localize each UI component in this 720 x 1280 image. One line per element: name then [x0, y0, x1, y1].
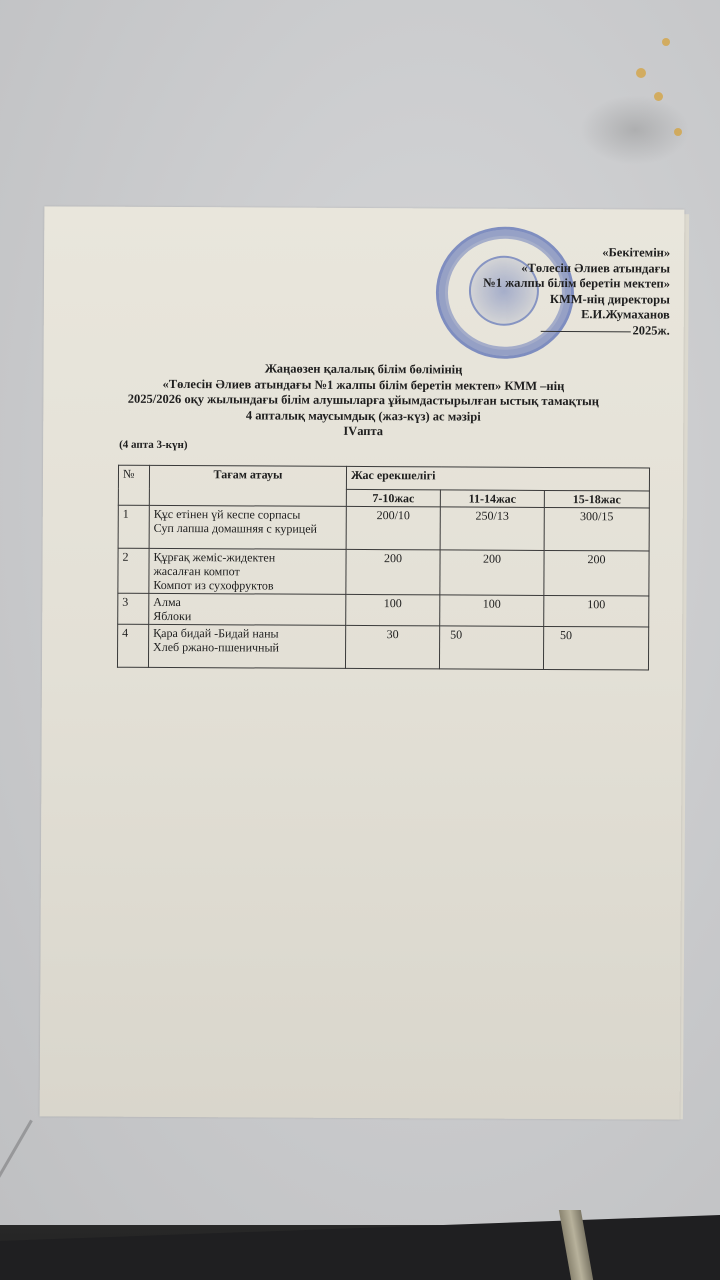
row-no: 4 — [117, 624, 148, 667]
day-note: (4 апта 3-күн) — [119, 439, 187, 451]
approval-line: «Төлесін Әлиев атындағы — [483, 260, 670, 276]
portion-11-14: 100 — [440, 595, 544, 627]
approval-line: №1 жалпы білім беретін мектеп» — [483, 276, 670, 292]
portion-15-18: 100 — [544, 595, 649, 627]
portion-11-14: 200 — [440, 550, 544, 596]
dish-name-kk: Алма — [153, 595, 341, 610]
approval-block: «Бекітемін» «Төлесін Әлиев атындағы №1 ж… — [483, 245, 670, 339]
portion-7-10: 100 — [346, 594, 440, 625]
portion-15-18: 50 — [543, 626, 648, 670]
portion-15-18: 200 — [544, 550, 649, 596]
header-age-11-14: 11-14жас — [440, 490, 544, 508]
menu-document: «Бекітемін» «Төлесін Әлиев атындағы №1 ж… — [40, 206, 685, 1119]
table-row: 1 Құс етінен үй кеспе сорпасы Суп лапша … — [118, 505, 649, 551]
table-row: 3 Алма Яблоки 100 100 100 — [118, 593, 649, 627]
signature-line — [541, 330, 631, 331]
row-dish-name: Қара бидай -Бидай наны Хлеб ржано-пшенич… — [148, 624, 345, 668]
row-dish-name: Алма Яблоки — [149, 593, 346, 625]
surface-stain — [662, 38, 670, 46]
row-no: 2 — [118, 548, 149, 593]
portion-7-10: 200/10 — [346, 506, 440, 549]
dish-name-ru: Компот из сухофруктов — [153, 578, 341, 593]
row-dish-name: Құс етінен үй кеспе сорпасы Суп лапша до… — [149, 505, 346, 549]
table-row: 2 Құрғақ жеміс-жидектен жасалған компот … — [118, 548, 649, 596]
approval-line: «Бекітемін» — [483, 245, 670, 261]
dish-name-kk: Құс етінен үй кеспе сорпасы — [154, 507, 342, 522]
portion-7-10: 200 — [346, 549, 440, 594]
approval-line: Е.И.Жумаханов — [483, 307, 670, 323]
surface-stain — [674, 128, 682, 136]
header-no: № — [118, 465, 149, 505]
header-name: Тағам атауы — [149, 465, 346, 506]
surface-stain — [636, 68, 646, 78]
dish-name-ru: Яблоки — [153, 609, 341, 624]
row-no: 3 — [118, 593, 149, 624]
dish-name-ru: Хлеб ржано-пшеничный — [153, 640, 341, 655]
header-age-group: Жас ерекшелігі — [346, 466, 649, 491]
portion-15-18: 300/15 — [544, 507, 649, 551]
portion-11-14: 50 — [440, 626, 544, 670]
row-no: 1 — [118, 505, 149, 548]
header-age-7-10: 7-10жас — [346, 489, 440, 506]
table-header-row: № Тағам атауы Жас ерекшелігі — [118, 465, 649, 491]
approval-date-suffix: 2025ж. — [633, 323, 670, 337]
portion-7-10: 30 — [345, 625, 439, 668]
portion-11-14: 250/13 — [440, 507, 544, 551]
menu-table: № Тағам атауы Жас ерекшелігі 7-10жас 11-… — [117, 465, 650, 671]
approval-line: КММ-нің директоры — [483, 291, 670, 307]
table-row: 4 Қара бидай -Бидай наны Хлеб ржано-пшен… — [117, 624, 648, 670]
row-dish-name: Құрғақ жеміс-жидектен жасалған компот Ко… — [149, 548, 346, 594]
header-age-15-18: 15-18жас — [544, 490, 649, 508]
document-title: Жаңаөзен қалалық білім бөлімінің «Төлесі… — [43, 360, 683, 441]
dish-name-ru: Суп лапша домашняя с курицей — [154, 521, 342, 536]
dish-name-kk: жасалған компот — [153, 564, 341, 579]
dish-name-kk: Қара бидай -Бидай наны — [153, 626, 341, 641]
approval-date: 2025ж. — [483, 322, 670, 338]
dish-name-kk: Құрғақ жеміс-жидектен — [154, 550, 342, 565]
surface-stain — [654, 92, 663, 101]
